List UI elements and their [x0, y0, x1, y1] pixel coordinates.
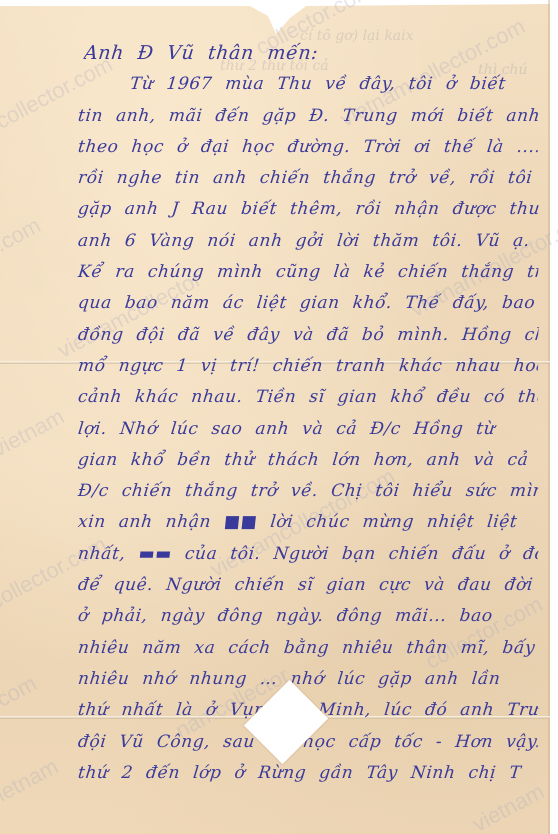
letter-line: lợi. Nhớ lúc sao anh và cả Đ/c Hồng từ — [76, 414, 539, 445]
letter-line: ở phải, ngày đông ngày. đông mãi... bao — [76, 601, 539, 632]
letter-line: theo học ở đại học đường. Trời ơi thế là… — [76, 132, 539, 163]
salutation: Anh Đ Vũ thân mến: — [82, 38, 539, 69]
letter-line: qua bao năm ác liệt gian khổ. Thế đấy, b… — [76, 288, 539, 319]
letter-line: gặp anh J Rau biết thêm, rồi nhận được t… — [76, 194, 539, 225]
paper-edge — [548, 0, 550, 834]
letter-page: cí tô gơ) lại kaix thứ 2 thư tôi cả thì … — [0, 0, 558, 834]
letter-line: Đ/c chiến thắng trở về. Chị tôi hiểu sức… — [76, 476, 539, 507]
letter-line: cảnh khác nhau. Tiền sĩ gian khổ đều có … — [76, 382, 539, 413]
letter-line: tin anh, mãi đến gặp Đ. Trung mới biết a… — [76, 101, 539, 132]
letter-line: nhiêu năm xa cách bằng nhiêu thân mĩ, bấ… — [76, 633, 539, 664]
letter-line: đồng đội đã về đây và đã bỏ mình. Hồng c… — [76, 320, 539, 351]
letter-line: để quê. Người chiến sĩ gian cực và đau đ… — [76, 570, 539, 601]
letter-line: Kể ra chúng mình cũng là kẻ chiến thắng … — [76, 257, 539, 288]
letter-line: thứ 2 đến lớp ở Rừng gần Tây Ninh chị T — [76, 758, 539, 789]
letter-line: rồi nghe tin anh chiến thắng trở về, rồi… — [76, 163, 539, 194]
letter-line: nhất, ▬▬ của tôi. Người bạn chiến đấu ở … — [76, 539, 539, 570]
letter-line: xin anh nhận ■■ lời chúc mừng nhiệt liệt — [76, 507, 539, 538]
letter-line: nhiêu nhớ nhung … nhớ lúc gặp anh lần — [76, 664, 539, 695]
letter-line: anh 6 Vàng nói anh gởi lời thăm tôi. Vũ … — [76, 226, 539, 257]
letter-line: mổ ngực 1 vị trí! chiến tranh khác nhau … — [76, 351, 539, 382]
letter-line: Từ 1967 mùa Thu về đây, tôi ở biết — [76, 69, 539, 100]
handwritten-letter: Anh Đ Vũ thân mến: Từ 1967 mùa Thu về đâ… — [78, 38, 538, 789]
letter-line: gian khổ bền thử thách lớn hơn, anh và c… — [76, 445, 539, 476]
